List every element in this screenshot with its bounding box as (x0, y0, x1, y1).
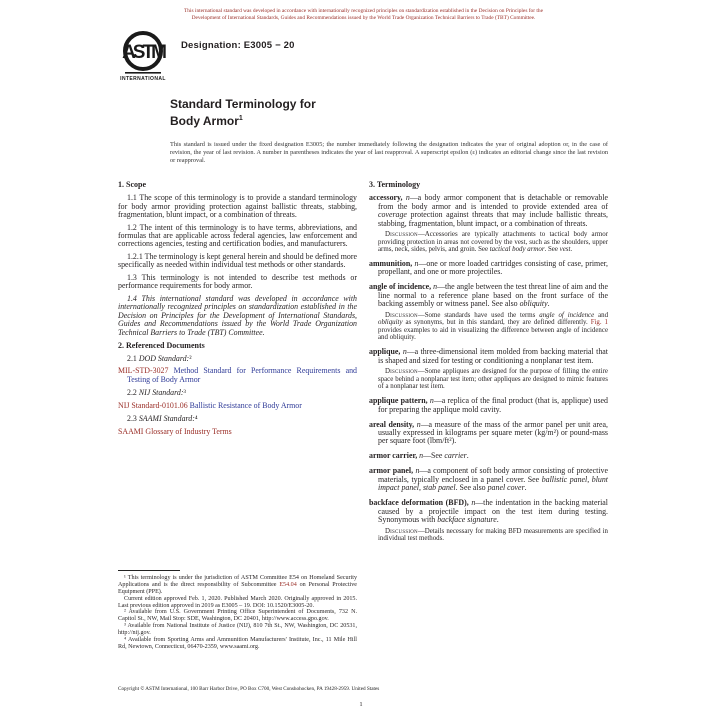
designation-label: Designation: E3005 − 20 (181, 40, 295, 51)
term-backface-deformation: backface deformation (BFD), n—the indent… (369, 499, 608, 524)
text-run: 2.2 (127, 388, 139, 397)
left-column: 1. Scope 1.1 The scope of this terminolo… (118, 180, 357, 651)
text-run: —Some standards have used the terms (418, 312, 539, 319)
reference-label-saami: 2.3 SAAMI Standard:⁴ (118, 415, 357, 423)
text-run: tactical body armor (490, 246, 545, 253)
term-applique-discussion: Discussion—Some appliques are designed f… (369, 368, 608, 391)
text-run: Discussion (385, 368, 418, 375)
text-run: vest (560, 246, 571, 253)
issuance-note: This standard is issued under the fixed … (170, 141, 608, 165)
term-accessory-discussion: Discussion—Accessories are typically att… (369, 231, 608, 254)
text-run: backface signature (437, 515, 497, 524)
inline-link[interactable]: E54.04 (279, 582, 296, 588)
text-run: ⁴ (195, 414, 198, 423)
designation-header: ASTM INTERNATIONAL Designation: E3005 − … (118, 28, 609, 84)
reference-link-mil-std-3027[interactable]: MIL-STD-3027 Method Standard for Perform… (118, 367, 357, 384)
text-run: . (570, 246, 572, 253)
astm-logo: ASTM INTERNATIONAL (118, 28, 168, 84)
term-armor-panel: armor panel, n—a component of soft body … (369, 467, 608, 492)
scope-paragraph-1-2-1: 1.2.1 The terminology is kept general he… (118, 253, 357, 270)
title-line2: Body Armor1 (170, 112, 609, 129)
text-run: ³ (183, 388, 185, 397)
text-run: and (594, 312, 608, 319)
term-armor-carrier: armor carrier, n—See carrier. (369, 452, 608, 460)
astm-logo-graphic: ASTM INTERNATIONAL (118, 28, 168, 84)
wto-notice: This international standard was develope… (118, 8, 609, 21)
wto-notice-line2: Development of International Standards, … (118, 15, 609, 22)
text-run: . See (545, 246, 560, 253)
wto-notice-line1: This international standard was develope… (118, 8, 609, 15)
svg-text:ASTM: ASTM (122, 42, 166, 63)
document-title: Standard Terminology for Body Armor1 (170, 97, 609, 128)
term-applique: applique, n—a three-dimensional item mol… (369, 348, 608, 365)
inline-link[interactable]: NIJ Standard-0101.06 (118, 401, 188, 410)
document-page: This international standard was develope… (0, 0, 722, 722)
footnote-3: ³ Available from National Institute of J… (118, 623, 357, 637)
title-line1: Standard Terminology for (170, 97, 609, 112)
text-run: ballistic panel (542, 475, 588, 484)
text-run: carrier (444, 451, 466, 460)
referenced-documents-heading: 2. Referenced Documents (118, 341, 357, 350)
text-run: . See also (456, 483, 488, 492)
text-run: Discussion (385, 528, 418, 535)
terminology-heading: 3. Terminology (369, 180, 608, 189)
reference-link-saami-glossary[interactable]: SAAMI Glossary of Industry Terms (118, 428, 357, 436)
inline-link[interactable]: Ballistic Resistance of Body Armor (188, 401, 302, 410)
term-applique-pattern: applique pattern, n—a replica of the fin… (369, 397, 608, 414)
term-angle-of-incidence-discussion: Discussion—Some standards have used the … (369, 312, 608, 342)
term-ammunition: ammunition, n—one or more loaded cartrid… (369, 260, 608, 277)
two-column-body: 1. Scope 1.1 The scope of this terminolo… (118, 180, 609, 651)
text-run: —See (423, 451, 444, 460)
footnote-4: ⁴ Available from Sporting Arms and Ammun… (118, 637, 357, 651)
term-backface-deformation-discussion: Discussion—Details necessary for making … (369, 528, 608, 543)
copyright-line: Copyright © ASTM International, 100 Barr… (118, 686, 379, 692)
scope-paragraph-1-4: 1.4 This international standard was deve… (118, 295, 357, 337)
text-run: Discussion (385, 231, 418, 238)
text-run: ⁴ Available from Sporting Arms and Ammun… (118, 637, 357, 650)
text-run: as synonyms, but in this standard, they … (403, 319, 591, 326)
text-run: . (467, 451, 469, 460)
footnote-1: ¹ This terminology is under the jurisdic… (118, 575, 357, 596)
astm-logo-subtext: INTERNATIONAL (120, 76, 166, 82)
scope-heading: 1. Scope (118, 180, 357, 189)
text-run: 2.3 (127, 414, 139, 423)
scope-paragraph-1-1: 1.1 The scope of this terminology is to … (118, 194, 357, 219)
text-run: ² (189, 354, 191, 363)
text-run: —a body armor component that is detachab… (378, 193, 608, 210)
text-run: . (497, 515, 499, 524)
text-run: panel cover (488, 483, 525, 492)
text-run: DOD Standard: (139, 354, 189, 363)
text-run: SAAMI Standard: (139, 414, 195, 423)
text-run: stab panel (423, 483, 456, 492)
text-run: obliquity (520, 299, 548, 308)
text-run: NIJ Standard: (139, 388, 184, 397)
text-run: Discussion (385, 312, 418, 319)
reference-label-dod: 2.1 DOD Standard:² (118, 355, 357, 363)
scope-paragraph-1-3: 1.3 This terminology is not intended to … (118, 274, 357, 291)
text-run: protection against threats that may incl… (378, 210, 608, 227)
text-run: ³ Available from National Institute of J… (118, 623, 357, 636)
inline-link[interactable]: Fig. 1 (591, 319, 608, 326)
text-run: armor carrier, (369, 451, 419, 460)
text-run: 2.1 (127, 354, 139, 363)
right-column: 3. Terminology accessory, n—a body armor… (369, 180, 608, 651)
footnote-2: ² Available from U.S. Government Printin… (118, 609, 357, 623)
inline-link[interactable]: SAAMI Glossary of Industry Terms (118, 427, 232, 436)
term-angle-of-incidence: angle of incidence, n—the angle between … (369, 283, 608, 308)
reference-label-nij: 2.2 NIJ Standard:³ (118, 389, 357, 397)
term-accessory: accessory, n—a body armor component that… (369, 194, 608, 228)
footnotes-block: ¹ This terminology is under the jurisdic… (118, 570, 357, 651)
reference-link-nij-0101-06[interactable]: NIJ Standard-0101.06 Ballistic Resistanc… (118, 402, 357, 410)
title-footnote-sup: 1 (239, 115, 243, 122)
text-run: obliquity (378, 319, 403, 326)
text-run: ² Available from U.S. Government Printin… (118, 609, 357, 622)
term-areal-density: areal density, n—a measure of the mass o… (369, 421, 608, 446)
text-run: Current edition approved Feb. 1, 2020. P… (118, 596, 357, 609)
footnote-separator (118, 570, 180, 571)
scope-paragraph-1-2: 1.2 The intent of this terminology is to… (118, 224, 357, 249)
text-run: . (525, 483, 527, 492)
footnote-1-edition: Current edition approved Feb. 1, 2020. P… (118, 596, 357, 610)
text-run: —a three-dimensional item molded from ba… (378, 347, 608, 364)
text-run: angle of incidence (539, 312, 594, 319)
page-number: 1 (0, 701, 722, 708)
text-run: provides examples to aid in visualizing … (378, 327, 608, 342)
text-run: . (548, 299, 550, 308)
